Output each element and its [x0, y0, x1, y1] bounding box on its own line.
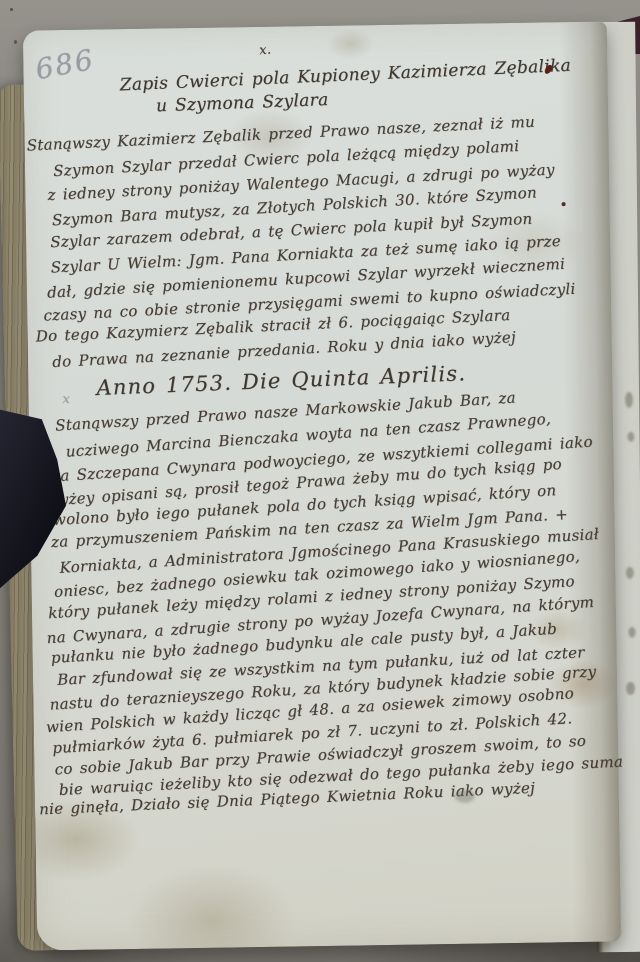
dust-speck: [10, 8, 13, 11]
manuscript-page: 686 x. Zapis Cwierci pola Kupioney Kazim…: [23, 21, 621, 950]
red-speck: [562, 202, 566, 206]
bleedthrough-mark: [628, 627, 635, 638]
record1-title-line2: u Szymona Szylara: [156, 90, 329, 116]
bleedthrough-mark: [627, 432, 634, 442]
dust-speck: [14, 40, 17, 44]
ink-smudge: [455, 790, 475, 803]
folio-number-pencil: 686: [33, 43, 98, 87]
margin-x-mark: x: [62, 392, 70, 407]
bleedthrough-mark: [626, 567, 634, 579]
record1-title-line1: Zapis Cwierci pola Kupioney Kazimierza Z…: [119, 56, 571, 96]
bleedthrough-mark: [626, 682, 635, 695]
manuscript-photo: 686 x. Zapis Cwierci pola Kupioney Kazim…: [0, 0, 640, 962]
top-check-mark: x.: [259, 42, 272, 58]
bleedthrough-mark: [625, 392, 633, 408]
